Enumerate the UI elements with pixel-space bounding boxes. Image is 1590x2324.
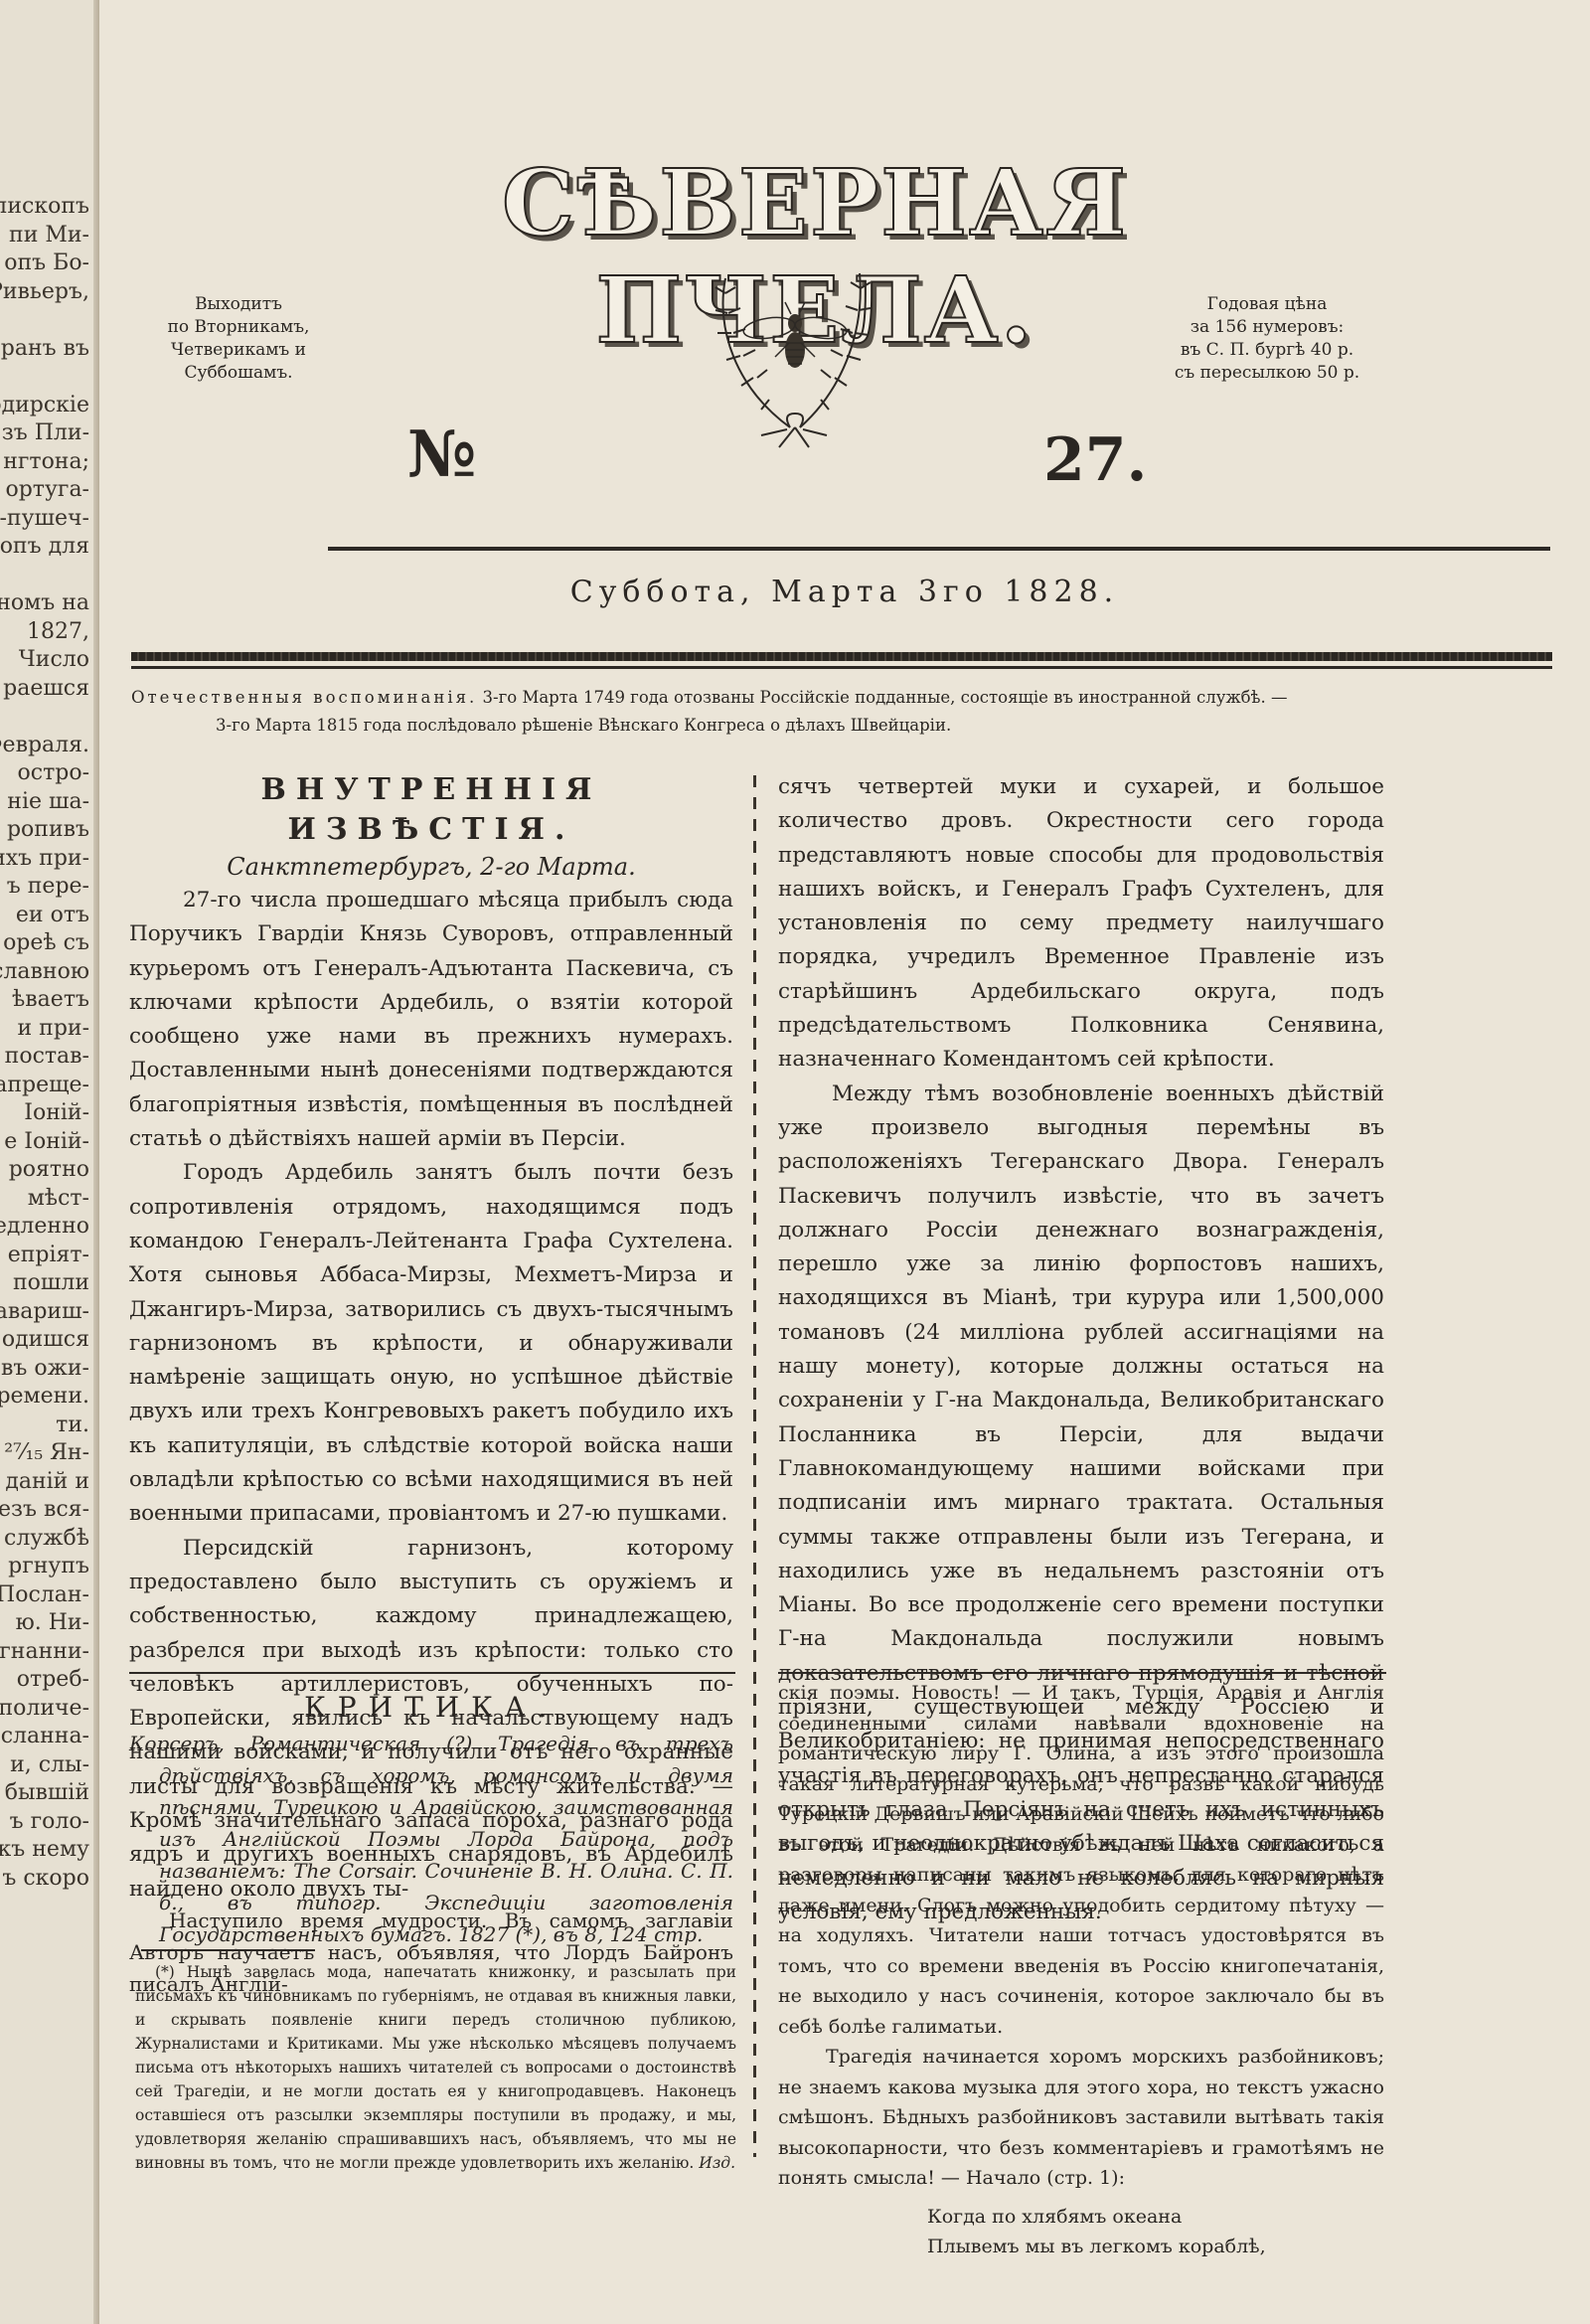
margin-fragment: роятно	[9, 1157, 89, 1182]
margin-fragment: къ нему	[0, 1837, 89, 1862]
margin-fragment: авариш-	[0, 1299, 89, 1324]
margin-fragment: одирскіе	[0, 393, 89, 417]
bee-wreath-icon	[696, 258, 894, 457]
margin-fragment: постав-	[5, 1044, 89, 1069]
margin-fragment: -пушеч-	[0, 506, 89, 531]
memories-label: Отечественныя воспоминанія.	[131, 688, 477, 707]
price-line: Годовая цѣна	[1153, 293, 1381, 316]
margin-fragment: Ривьеръ,	[0, 279, 89, 304]
margin-fragment: пошли	[13, 1270, 89, 1295]
schedule-line: Суббошамъ.	[134, 362, 343, 385]
margin-fragment: езъ вся-	[0, 1497, 89, 1522]
margin-fragment: ъ голо-	[10, 1809, 89, 1834]
issue-dateline: Суббота, Марта 3го 1828.	[99, 575, 1590, 609]
schedule-line: Выходитъ	[134, 293, 343, 316]
double-rule-thin	[131, 666, 1552, 669]
price-line: въ С. П. бургѣ 40 р.	[1153, 339, 1381, 362]
place-date: Санктпетербургъ, 2-го Марта.	[129, 850, 733, 884]
margin-fragment: ю. Ни-	[16, 1610, 89, 1635]
margin-fragment: пи Ми-	[9, 223, 89, 248]
margin-fragment: 1827,	[27, 619, 89, 644]
section-separator	[129, 1672, 735, 1674]
margin-fragment: и, слы-	[10, 1752, 89, 1777]
margin-fragment: едленно	[0, 1214, 89, 1239]
footnote-rule	[141, 1949, 315, 1951]
margin-fragment: ихъ при-	[0, 846, 89, 871]
margin-fragment: ъ пере-	[7, 874, 89, 899]
margin-fragment: епріят-	[8, 1243, 89, 1267]
margin-fragment: ти.	[56, 1412, 89, 1437]
margin-fragment: ранъ въ	[1, 336, 89, 361]
margin-fragment: славною	[0, 959, 89, 984]
margin-fragment: сланна-	[1, 1724, 89, 1748]
memories-line-2: 3-го Марта 1815 года послѣдовало рѣшеніе…	[131, 712, 1552, 740]
footnote: (*) Нынѣ завелась мода, напечатать книжо…	[135, 1960, 736, 2175]
margin-fragment: и при-	[18, 1016, 90, 1041]
article-paragraph: 27-го числа прошедшаго мѣсяца прибылъ сю…	[129, 884, 733, 1156]
margin-fragment: опъ Бо-	[4, 250, 89, 275]
margin-fragment: отреб-	[17, 1667, 89, 1692]
schedule-line: Четверикамъ и	[134, 339, 343, 362]
margin-fragment: ргнупъ	[8, 1554, 89, 1578]
margin-fragment: ремени.	[0, 1384, 89, 1409]
footnote-text: (*) Нынѣ завелась мода, напечатать книжо…	[135, 1963, 736, 2172]
margin-fragment: ніе ша-	[7, 789, 89, 814]
national-memories: Отечественныя воспоминанія. 3-го Марта 1…	[131, 684, 1552, 740]
footnote-signature: Изд.	[699, 2154, 735, 2172]
section-heading: ВНУТРЕННІЯ ИЗВѢСТІЯ.	[129, 770, 733, 850]
verse-line: Плывемъ мы въ легкомъ кораблѣ,	[778, 2232, 1384, 2262]
article-paragraph: сячъ четвертей муки и сухарей, и большое…	[778, 770, 1384, 1078]
margin-fragment: еи отъ	[16, 903, 89, 927]
price-line: за 156 нумеровъ:	[1153, 316, 1381, 339]
review-continued-column: скія поэмы. Новость! — И такъ, Турція, А…	[778, 1678, 1384, 2262]
margin-fragment: нгтона;	[3, 449, 89, 474]
margin-fragment: раешся	[3, 676, 89, 701]
margin-fragment: ъ скоро	[2, 1866, 89, 1891]
margin-fragment: бывшій	[5, 1780, 89, 1805]
margin-fragment: поличе-	[0, 1696, 89, 1721]
previous-page-margin: пископъпи Ми-опъ Бо-Ривьеръ,ранъ въодирс…	[0, 0, 99, 2324]
verse-line: Когда по хлябямъ океана	[778, 2202, 1384, 2233]
margin-fragment: ропивъ	[7, 817, 89, 842]
margin-fragment: службѣ	[4, 1526, 89, 1551]
margin-fragment: ²⁷⁄₁₅ Ян-	[4, 1440, 89, 1465]
margin-fragment: остро-	[18, 760, 90, 785]
margin-fragment: мѣст-	[28, 1186, 89, 1211]
publication-schedule: Выходитъ по Вторникамъ, Четверикамъ и Су…	[134, 293, 343, 385]
margin-fragment: даній и	[5, 1469, 89, 1494]
margin-fragment: ореѣ съ	[3, 930, 89, 955]
margin-fragment: Іоній-	[24, 1100, 89, 1125]
margin-fragment: гнанни-	[0, 1639, 89, 1664]
margin-fragment: Послан-	[0, 1582, 89, 1607]
header-rule	[328, 547, 1550, 551]
double-rule-thick	[131, 652, 1552, 661]
article-paragraph: Городъ Ардебиль занятъ былъ почти безъ с…	[129, 1156, 733, 1531]
margin-fragment: Февраля.	[0, 733, 89, 757]
newspaper-page: СѢВЕРНАЯ ПЧЕЛА. Выходитъ по Вторникамъ, …	[99, 0, 1590, 2324]
annual-price: Годовая цѣна за 156 нумеровъ: въ С. П. б…	[1153, 293, 1381, 385]
margin-fragment: пископъ	[0, 194, 89, 219]
margin-fragment: опъ для	[0, 534, 89, 559]
number-sign: №	[407, 417, 477, 492]
margin-fragment: ѣваетъ	[12, 987, 89, 1012]
margin-fragment: Число	[19, 647, 89, 672]
margin-fragment: ортуга-	[5, 477, 89, 502]
margin-fragment: е Іоній-	[4, 1129, 89, 1154]
memories-text: 3-го Марта 1749 года отозваны Россійскіе…	[483, 688, 1288, 707]
review-paragraph: скія поэмы. Новость! — И такъ, Турція, А…	[778, 1678, 1384, 2042]
schedule-line: по Вторникамъ,	[134, 316, 343, 339]
criticism-heading: КРИТИКА.	[129, 1690, 733, 1726]
issue-number: 27.	[1043, 425, 1147, 495]
margin-fragment: зъ Пли-	[2, 420, 89, 445]
memories-line-1: Отечественныя воспоминанія. 3-го Марта 1…	[131, 684, 1552, 712]
margin-fragment: апреще-	[0, 1073, 89, 1097]
price-line: съ пересылкою 50 р.	[1153, 362, 1381, 385]
margin-fragment: одишся	[2, 1327, 89, 1352]
column-divider	[753, 765, 756, 2157]
review-paragraph: Трагедія начинается хоромъ морскихъ разб…	[778, 2042, 1384, 2194]
margin-fragment: номъ на	[0, 590, 89, 615]
section-separator	[778, 1672, 1386, 1674]
margin-fragment: въ ожи-	[1, 1356, 89, 1381]
